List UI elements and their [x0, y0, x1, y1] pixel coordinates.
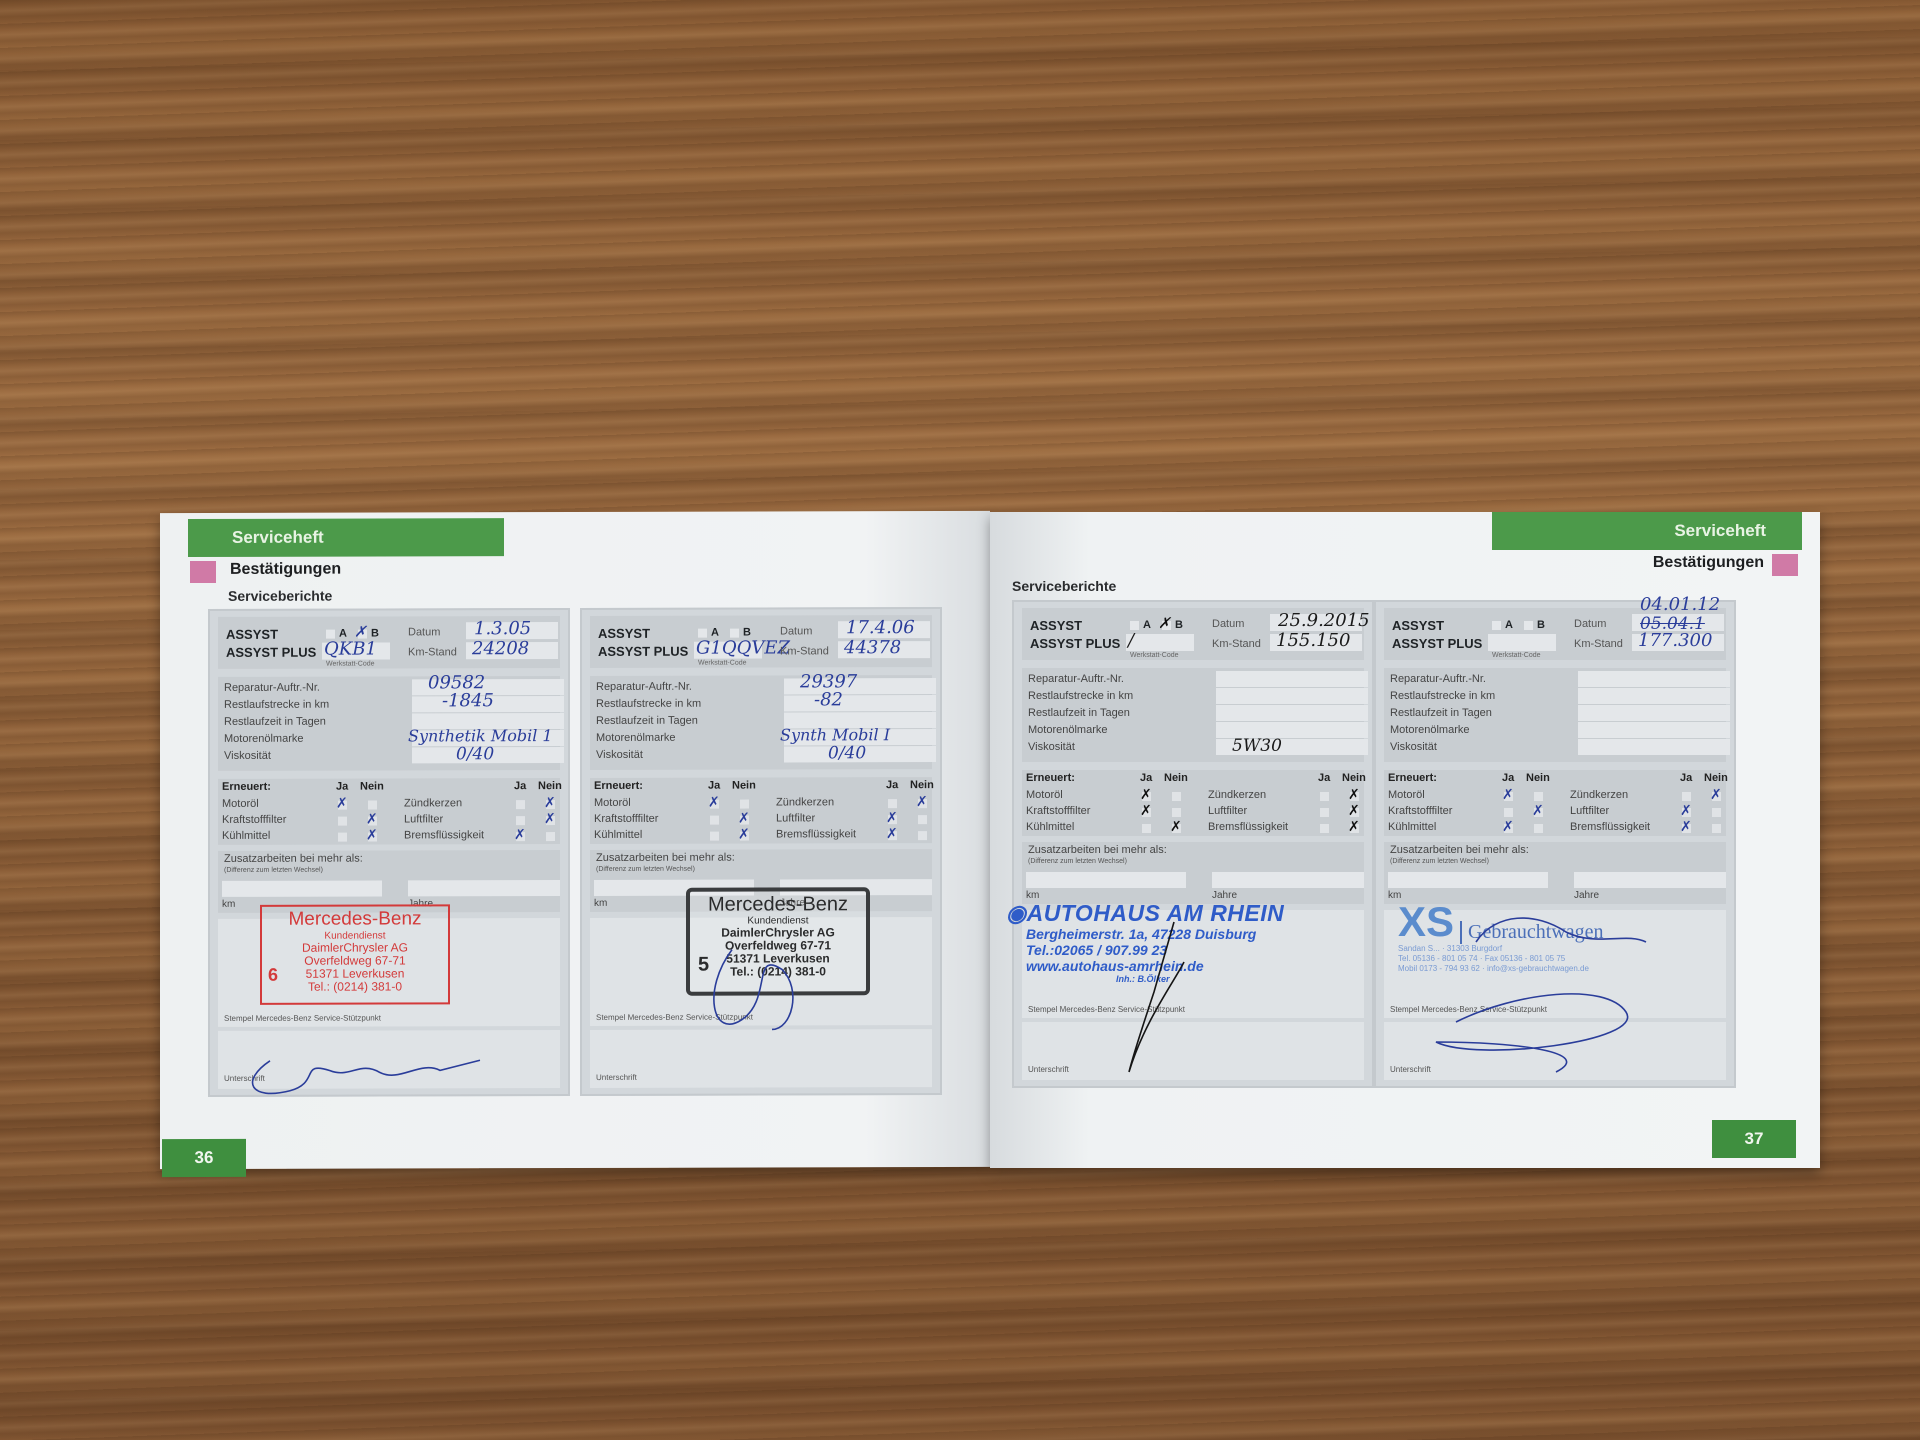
- nein-header: Nein: [538, 780, 562, 792]
- stamp-area: Stempel Mercedes-Benz Service-Stützpunkt…: [1022, 910, 1364, 1018]
- zuendkerzen-label: Zündkerzen: [776, 796, 834, 808]
- section-marker: [1772, 554, 1798, 576]
- zusatz-hint: (Differenz zum letzten Wechsel): [1028, 858, 1127, 865]
- zuendkerzen-label: Zündkerzen: [1208, 789, 1266, 801]
- restlaufstrecke-value: -82: [814, 689, 843, 710]
- restlaufzeit-label: Restlaufzeit in Tagen: [1028, 707, 1130, 719]
- checkbox[interactable]: [338, 817, 347, 826]
- km-stand-label: Km-Stand: [1212, 638, 1261, 650]
- service-details: Reparatur-Auftr.-Nr. Restlaufstrecke in …: [1022, 668, 1364, 762]
- viskositaet-value: 0/40: [456, 744, 494, 764]
- stamp-brand: Mercedes-Benz: [690, 893, 866, 915]
- autohaus-stamp: ◉AUTOHAUS AM RHEIN Bergheimerstr. 1a, 47…: [1006, 900, 1336, 985]
- nein-header: Nein: [1526, 772, 1550, 784]
- check-mark-motoroel: ✗: [708, 795, 720, 811]
- check-mark-motoroel: ✗: [336, 796, 348, 812]
- stamp-line: Tel. 05136 - 801 05 74 · Fax 05136 - 801…: [1398, 954, 1688, 964]
- werkstatt-code-field[interactable]: [1126, 634, 1194, 651]
- option-a-label: A: [1505, 619, 1513, 631]
- page-number: 36: [162, 1139, 246, 1177]
- bremsfluessigkeit-label: Bremsflüssigkeit: [1208, 821, 1288, 833]
- motoroel-label: Motoröl: [1388, 789, 1425, 801]
- ja-header: Ja: [1680, 772, 1692, 784]
- checkbox[interactable]: [338, 833, 347, 842]
- checkbox[interactable]: [710, 816, 719, 825]
- werkstatt-code-label: Werkstatt-Code: [326, 661, 375, 668]
- luftfilter-label: Luftfilter: [1208, 805, 1247, 817]
- datum-value: 04.01.12: [1640, 594, 1720, 615]
- zusatz-label: Zusatzarbeiten bei mehr als:: [224, 853, 363, 865]
- renewed-section: Erneuert: Ja Nein Ja Nein Motoröl Krafts…: [218, 778, 560, 845]
- checkbox-a[interactable]: [698, 629, 707, 638]
- werkstatt-code-field[interactable]: [1488, 634, 1556, 651]
- renewed-marks: ✗✗✗✗✗✗: [218, 778, 560, 779]
- restlaufstrecke-value: -1845: [442, 690, 494, 711]
- ja-header: Ja: [708, 780, 720, 792]
- ja-header: Ja: [1318, 772, 1330, 784]
- autohaus-logo-icon: ◉: [1006, 900, 1027, 926]
- stamp-line: Mobil 0173 - 794 93 62 · info@xs-gebrauc…: [1398, 964, 1688, 974]
- service-entry-card: ASSYST ASSYST PLUS A B G1QQVEZ Werkstatt…: [580, 607, 942, 1096]
- kuehlmittel-label: Kühlmittel: [222, 830, 270, 842]
- renewed-section: Erneuert: Ja Nein Ja Nein Motoröl Krafts…: [1384, 770, 1726, 836]
- restlaufzeit-label: Restlaufzeit in Tagen: [596, 715, 698, 727]
- restlaufstrecke-label: Restlaufstrecke in km: [224, 699, 329, 711]
- checkbox[interactable]: [710, 832, 719, 841]
- stamp-line: Gebrauchtwagen: [1460, 921, 1604, 944]
- stamp-brand: ◉AUTOHAUS AM RHEIN: [1006, 900, 1336, 926]
- service-entry-card: ASSYST ASSYST PLUS A B ✗ / Werkstatt-Cod…: [1012, 600, 1374, 1088]
- stamp-line: www.autohaus-amrhein.de: [1006, 958, 1336, 974]
- checkbox[interactable]: [740, 800, 749, 809]
- check-mark-kuehlmittel: ✗: [1502, 819, 1514, 835]
- restlaufzeit-field[interactable]: [1216, 705, 1368, 721]
- assyst-label: ASSYST: [1392, 618, 1444, 633]
- check-mark-bremsfluessigkeit: ✗: [1348, 819, 1360, 835]
- motorenoelmarke-label: Motorenölmarke: [596, 732, 675, 744]
- motorenoelmarke-value: Synthetik Mobil 1: [408, 726, 553, 745]
- zusatz-hint: (Differenz zum letzten Wechsel): [1390, 858, 1489, 865]
- reparatur-label: Reparatur-Auftr.-Nr.: [596, 681, 692, 693]
- assyst-plus-label: ASSYST PLUS: [598, 644, 688, 659]
- restlaufstrecke-label: Restlaufstrecke in km: [1390, 690, 1495, 702]
- subsection-title: Serviceberichte: [1012, 578, 1116, 594]
- restlaufstrecke-label: Restlaufstrecke in km: [596, 698, 701, 710]
- checkbox[interactable]: [516, 800, 525, 809]
- checkbox[interactable]: [918, 815, 927, 824]
- assyst-label: ASSYST: [1030, 618, 1082, 633]
- option-b-label: B: [1537, 619, 1545, 631]
- nein-header: Nein: [1342, 772, 1366, 784]
- stamp-number: 6: [268, 965, 278, 986]
- service-details: Reparatur-Auftr.-Nr. Restlaufstrecke in …: [590, 675, 932, 770]
- checkbox[interactable]: [546, 832, 555, 841]
- luftfilter-label: Luftfilter: [1570, 805, 1609, 817]
- checkbox[interactable]: [1534, 792, 1543, 801]
- viskositaet-label: Viskosität: [1028, 741, 1075, 753]
- km-stand-value: 177.300: [1638, 630, 1712, 651]
- check-mark-motoroel: ✗: [1502, 787, 1514, 803]
- assyst-plus-label: ASSYST PLUS: [1392, 636, 1482, 651]
- checkbox[interactable]: [1682, 792, 1691, 801]
- assyst-label: ASSYST: [226, 627, 278, 642]
- renewed-section: Erneuert: Ja Nein Ja Nein Motoröl Krafts…: [1022, 770, 1364, 836]
- stamp-line: Sandan S... · 31303 Burgdorf: [1398, 944, 1688, 954]
- ja-header: Ja: [1140, 772, 1152, 784]
- nein-header: Nein: [910, 779, 934, 791]
- viskositaet-label: Viskosität: [1390, 741, 1437, 753]
- zusatz-label: Zusatzarbeiten bei mehr als:: [1390, 844, 1529, 856]
- zuendkerzen-label: Zündkerzen: [1570, 789, 1628, 801]
- check-mark-bremsfluessigkeit: ✗: [886, 826, 898, 842]
- checkbox[interactable]: [1172, 792, 1181, 801]
- zusatz-hint: (Differenz zum letzten Wechsel): [596, 866, 695, 873]
- km-field[interactable]: [222, 881, 382, 897]
- ja-header: Ja: [514, 780, 526, 792]
- checkbox-a[interactable]: [1130, 621, 1139, 630]
- unterschrift-label: Unterschrift: [596, 1073, 637, 1082]
- viskositaet-label: Viskosität: [224, 750, 271, 762]
- stamp-line: Tel.: (0214) 381-0: [262, 980, 448, 993]
- dealer-stamp: Mercedes-Benz Kundendienst DaimlerChrysl…: [590, 917, 932, 918]
- check-mark-luftfilter: ✗: [886, 810, 898, 826]
- assyst-label: ASSYST: [598, 626, 650, 641]
- datum-label: Datum: [1212, 618, 1244, 630]
- header-band: Serviceheft: [1492, 512, 1802, 550]
- checkbox[interactable]: [516, 816, 525, 825]
- service-details: Reparatur-Auftr.-Nr. Restlaufstrecke in …: [218, 676, 560, 771]
- checkbox[interactable]: [1320, 808, 1329, 817]
- werkstatt-code-value: /: [1128, 630, 1134, 651]
- service-details: Reparatur-Auftr.-Nr. Restlaufstrecke in …: [1384, 668, 1726, 762]
- kuehlmittel-label: Kühlmittel: [1026, 821, 1074, 833]
- jahre-field[interactable]: [1574, 872, 1726, 888]
- stamp-number: 5: [698, 954, 709, 977]
- stamp-brand: Mercedes-Benz: [262, 908, 448, 930]
- signature-area: Unterschrift: [218, 1030, 560, 1089]
- page-number: 37: [1712, 1120, 1796, 1158]
- check-mark-motoroel: ✗: [1140, 787, 1152, 803]
- viskositaet-label: Viskosität: [596, 749, 643, 761]
- section-title: Bestätigungen: [1653, 554, 1764, 572]
- luftfilter-label: Luftfilter: [776, 812, 815, 824]
- motorenoelmarke-label: Motorenölmarke: [1028, 724, 1107, 736]
- erneuert-label: Erneuert:: [1388, 772, 1437, 784]
- renewed-section: Erneuert: Ja Nein Ja Nein Motoröl Krafts…: [590, 777, 932, 844]
- checkbox[interactable]: [1172, 808, 1181, 817]
- restlaufstrecke-field[interactable]: [1578, 688, 1730, 704]
- stamp-line: Tel.:02065 / 907.99 23: [1006, 942, 1336, 958]
- luftfilter-label: Luftfilter: [404, 813, 443, 825]
- werkstatt-code-label: Werkstatt-Code: [1130, 652, 1179, 659]
- km-label: km: [594, 898, 607, 909]
- stamp-area: Stempel Mercedes-Benz Service-Stützpunkt…: [218, 918, 560, 1027]
- kuehlmittel-label: Kühlmittel: [1388, 821, 1436, 833]
- stamp-line: Tel.: (0214) 381-0: [690, 965, 866, 978]
- check-mark-bremsfluessigkeit: ✗: [1680, 819, 1692, 835]
- restlaufzeit-field[interactable]: [1578, 705, 1730, 721]
- service-entry-card: ASSYST ASSYST PLUS A B Werkstatt-Code Da…: [1374, 600, 1736, 1088]
- assyst-section: ASSYST ASSYST PLUS A B ✗ QKB1 Werkstatt-…: [218, 616, 560, 669]
- zuendkerzen-label: Zündkerzen: [404, 797, 462, 809]
- km-stand-value: 24208: [472, 638, 529, 659]
- ja-header: Ja: [1502, 772, 1514, 784]
- check-mark-kraftstofffilter: ✗: [1532, 803, 1544, 819]
- page-right: Serviceheft Bestätigungen Servicebericht…: [990, 512, 1820, 1168]
- km-label: km: [222, 899, 235, 910]
- check-mark-bremsfluessigkeit: ✗: [514, 827, 526, 843]
- bremsfluessigkeit-label: Bremsflüssigkeit: [404, 829, 484, 841]
- check-mark-kraftstofffilter: ✗: [738, 811, 750, 827]
- signature-area: Unterschrift: [1022, 1022, 1364, 1080]
- checkbox[interactable]: [1712, 824, 1721, 833]
- zusatz-label: Zusatzarbeiten bei mehr als:: [1028, 844, 1167, 856]
- restlaufzeit-label: Restlaufzeit in Tagen: [224, 716, 326, 728]
- ja-header: Ja: [336, 781, 348, 793]
- section-title: Bestätigungen: [230, 561, 341, 579]
- check-mark-zuendkerzen: ✗: [1710, 787, 1722, 803]
- nein-header: Nein: [1164, 772, 1188, 784]
- mercedes-stamp: Mercedes-Benz Kundendienst DaimlerChrysl…: [686, 887, 870, 995]
- km-field[interactable]: [1026, 872, 1186, 888]
- kuehlmittel-label: Kühlmittel: [594, 829, 642, 841]
- motoroel-label: Motoröl: [1026, 789, 1063, 801]
- stamp-brand: XS: [1398, 900, 1454, 944]
- erneuert-label: Erneuert:: [222, 781, 271, 793]
- checkbox-a[interactable]: [326, 630, 335, 639]
- renewed-marks: ✗✗✗✗✗✗: [590, 777, 932, 778]
- kraftstofffilter-label: Kraftstofffilter: [1026, 805, 1090, 817]
- check-mark-zuendkerzen: ✗: [916, 794, 928, 810]
- zusatz-hint: (Differenz zum letzten Wechsel): [224, 867, 323, 874]
- signature-area: Unterschrift: [590, 1029, 932, 1088]
- viskositaet-value: 0/40: [828, 743, 866, 763]
- stamp-line: Inh.: B.Ölker: [1006, 974, 1336, 985]
- check-mark-luftfilter: ✗: [1348, 803, 1360, 819]
- check-mark-kuehlmittel: ✗: [738, 827, 750, 843]
- checkbox-b[interactable]: [1524, 621, 1533, 630]
- reparatur-field[interactable]: [1216, 671, 1368, 687]
- additional-work-section: Zusatzarbeiten bei mehr als: (Differenz …: [1022, 842, 1364, 904]
- check-mark-kraftstofffilter: ✗: [1140, 803, 1152, 819]
- bremsfluessigkeit-label: Bremsflüssigkeit: [776, 828, 856, 840]
- signature-area: Unterschrift: [1384, 1022, 1726, 1080]
- restlaufstrecke-field[interactable]: [1216, 688, 1368, 704]
- motoroel-label: Motoröl: [594, 797, 631, 809]
- km-stand-label: Km-Stand: [780, 645, 829, 657]
- checkbox[interactable]: [368, 801, 377, 810]
- checkbox[interactable]: [1712, 808, 1721, 817]
- checkbox-b[interactable]: [730, 629, 739, 638]
- werkstatt-code-label: Werkstatt-Code: [1492, 652, 1541, 659]
- check-mark-kraftstofffilter: ✗: [366, 812, 378, 828]
- motorenoelmarke-value: Synth Mobil I: [780, 725, 890, 744]
- motorenoelmarke-label: Motorenölmarke: [1390, 724, 1469, 736]
- check-mark-zuendkerzen: ✗: [544, 795, 556, 811]
- checkbox[interactable]: [918, 831, 927, 840]
- kraftstofffilter-label: Kraftstofffilter: [222, 814, 286, 826]
- assyst-section: ASSYST ASSYST PLUS A B G1QQVEZ Werkstatt…: [590, 615, 932, 668]
- reparatur-label: Reparatur-Auftr.-Nr.: [1028, 673, 1124, 685]
- km-stand-value: 155.150: [1276, 630, 1350, 651]
- kraftstofffilter-label: Kraftstofffilter: [594, 813, 658, 825]
- zusatz-label: Zusatzarbeiten bei mehr als:: [596, 852, 735, 864]
- ja-header: Ja: [886, 779, 898, 791]
- kraftstofffilter-label: Kraftstofffilter: [1388, 805, 1452, 817]
- datum-value: 25.9.2015: [1278, 610, 1370, 631]
- km-field[interactable]: [1388, 872, 1548, 888]
- restlaufstrecke-field[interactable]: [784, 695, 936, 711]
- check-mark-luftfilter: ✗: [1680, 803, 1692, 819]
- reparatur-label: Reparatur-Auftr.-Nr.: [1390, 673, 1486, 685]
- reparatur-label: Reparatur-Auftr.-Nr.: [224, 682, 320, 694]
- service-entry-card: ASSYST ASSYST PLUS A B ✗ QKB1 Werkstatt-…: [208, 608, 570, 1097]
- motorenoelmarke-label: Motorenölmarke: [224, 733, 303, 745]
- viskositaet-field[interactable]: [1578, 739, 1730, 755]
- checkbox[interactable]: [888, 799, 897, 808]
- km-stand-label: Km-Stand: [408, 646, 457, 658]
- section-marker: [190, 561, 216, 583]
- option-b-label: B: [1175, 619, 1183, 631]
- assyst-plus-label: ASSYST PLUS: [1030, 636, 1120, 651]
- datum-value: 17.4.06: [846, 617, 915, 638]
- stempel-label: Stempel Mercedes-Benz Service-Stützpunkt: [1390, 1005, 1547, 1014]
- check-mark-zuendkerzen: ✗: [1348, 787, 1360, 803]
- datum-label: Datum: [408, 626, 440, 638]
- check-mark-kuehlmittel: ✗: [1170, 819, 1182, 835]
- checkbox[interactable]: [1320, 824, 1329, 833]
- werkstatt-code-label: Werkstatt-Code: [698, 660, 747, 667]
- nein-header: Nein: [1704, 772, 1728, 784]
- page-left: Serviceheft Bestätigungen Servicebericht…: [160, 511, 990, 1169]
- jahre-field[interactable]: [1212, 872, 1364, 888]
- subsection-title: Serviceberichte: [228, 588, 332, 604]
- assyst-section: ASSYST ASSYST PLUS A B ✗ / Werkstatt-Cod…: [1022, 608, 1364, 660]
- header-band: Serviceheft: [188, 518, 504, 557]
- km-stand-value: 44378: [844, 637, 901, 658]
- stamp-line: Bergheimerstr. 1a, 47228 Duisburg: [1006, 926, 1336, 942]
- jahre-field[interactable]: [408, 880, 560, 896]
- mercedes-stamp: Mercedes-Benz Kundendienst DaimlerChrysl…: [260, 904, 450, 1004]
- restlaufzeit-label: Restlaufzeit in Tagen: [1390, 707, 1492, 719]
- nein-header: Nein: [360, 781, 384, 793]
- motoroel-label: Motoröl: [222, 798, 259, 810]
- stamp-area: Stempel Mercedes-Benz Service-Stützpunkt…: [1384, 910, 1726, 1018]
- assyst-section: ASSYST ASSYST PLUS A B Werkstatt-Code Da…: [1384, 608, 1726, 660]
- erneuert-label: Erneuert:: [1026, 772, 1075, 784]
- datum-value: 1.3.05: [474, 618, 531, 639]
- bremsfluessigkeit-label: Bremsflüssigkeit: [1570, 821, 1650, 833]
- stempel-label: Stempel Mercedes-Benz Service-Stützpunkt: [1028, 1005, 1185, 1014]
- stempel-label: Stempel Mercedes-Benz Service-Stützpunkt: [596, 1013, 753, 1022]
- stempel-label: Stempel Mercedes-Benz Service-Stützpunkt: [224, 1014, 381, 1023]
- stamp-brand-text: AUTOHAUS AM RHEIN: [1027, 900, 1285, 926]
- checkbox[interactable]: [1142, 824, 1151, 833]
- km-stand-label: Km-Stand: [1574, 638, 1623, 650]
- stamp-area: Stempel Mercedes-Benz Service-Stützpunkt…: [590, 917, 932, 1026]
- werkstatt-code-value: G1QQVEZ: [696, 637, 790, 658]
- assyst-plus-label: ASSYST PLUS: [226, 645, 316, 660]
- checkbox-a[interactable]: [1492, 621, 1501, 630]
- motorenoelmarke-field[interactable]: [1578, 722, 1730, 738]
- service-booklet: Serviceheft Bestätigungen Servicebericht…: [160, 512, 1820, 1168]
- reparatur-field[interactable]: [1578, 671, 1730, 687]
- unterschrift-label: Unterschrift: [1028, 1065, 1069, 1074]
- unterschrift-label: Unterschrift: [1390, 1065, 1431, 1074]
- werkstatt-code-value: QKB1: [324, 639, 377, 660]
- option-a-label: A: [1143, 619, 1151, 631]
- checkbox[interactable]: [1534, 824, 1543, 833]
- check-mark-kuehlmittel: ✗: [366, 828, 378, 844]
- restlaufstrecke-label: Restlaufstrecke in km: [1028, 690, 1133, 702]
- datum-label: Datum: [1574, 618, 1606, 630]
- check-mark-luftfilter: ✗: [544, 811, 556, 827]
- dealer-stamp: Mercedes-Benz Kundendienst DaimlerChrysl…: [218, 918, 560, 919]
- assyst-b-mark: ✗: [1158, 614, 1171, 632]
- datum-label: Datum: [780, 625, 812, 637]
- additional-work-section: Zusatzarbeiten bei mehr als: (Differenz …: [1384, 842, 1726, 904]
- nein-header: Nein: [732, 780, 756, 792]
- viskositaet-value: 5W30: [1232, 736, 1282, 756]
- unterschrift-label: Unterschrift: [224, 1074, 265, 1083]
- erneuert-label: Erneuert:: [594, 780, 643, 792]
- checkbox[interactable]: [1320, 792, 1329, 801]
- xs-stamp: XSGebrauchtwagen Sandan S... · 31303 Bur…: [1398, 900, 1688, 974]
- checkbox[interactable]: [1504, 808, 1513, 817]
